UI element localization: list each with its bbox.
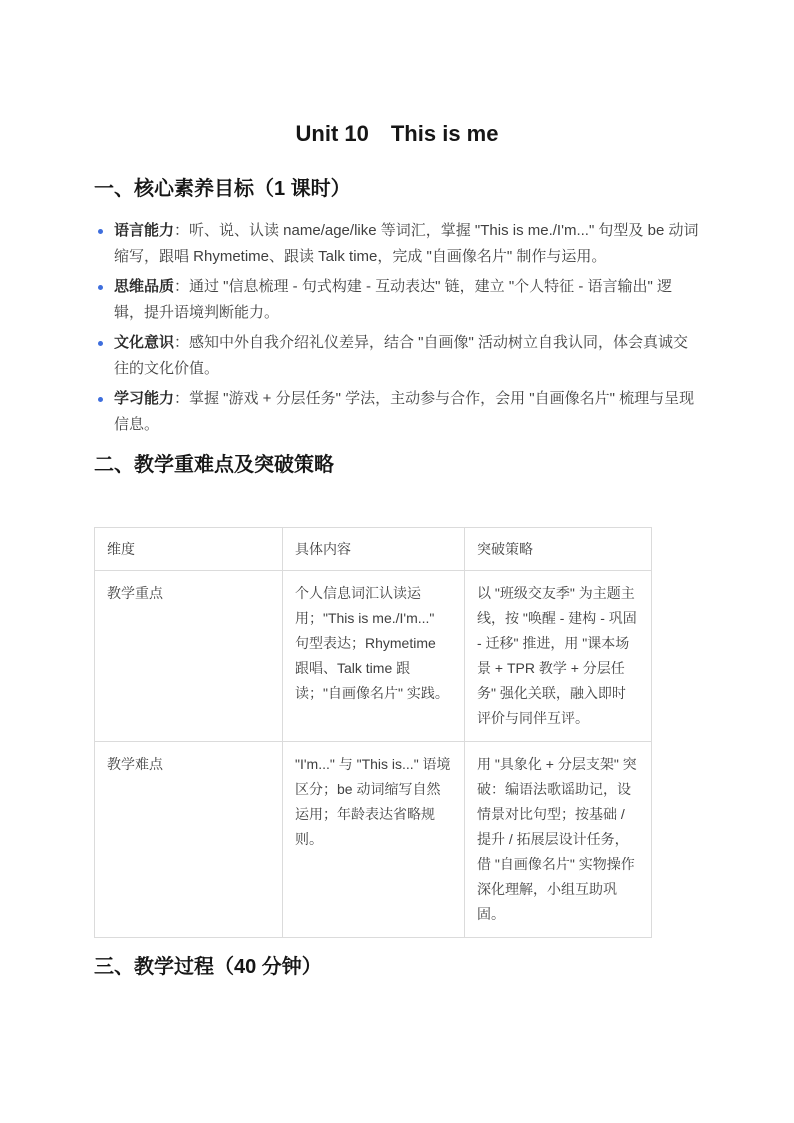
list-item: 语言能力：听、说、认读 name/age/like 等词汇，掌握 "This i… bbox=[94, 218, 700, 270]
list-item: 文化意识：感知中外自我介绍礼仪差异，结合 "自画像" 活动树立自我认同，体会真诚… bbox=[94, 330, 700, 382]
bullet-icon bbox=[98, 229, 103, 234]
cell-dimension: 教学难点 bbox=[95, 742, 283, 938]
section-process-heading: 三、教学过程（40 分钟） bbox=[94, 954, 700, 980]
column-header-dimension: 维度 bbox=[95, 528, 283, 571]
objective-desc: ：通过 "信息梳理 - 句式构建 - 互动表达" 链，建立 "个人特征 - 语言… bbox=[114, 278, 672, 321]
cell-strategy: 以 "班级交友季" 为主题主线，按 "唤醒 - 建构 - 巩固 - 迁移" 推进… bbox=[465, 571, 652, 742]
key-points-table: 维度 具体内容 突破策略 教学重点 个人信息词汇认读运用；"This is me… bbox=[94, 527, 652, 938]
objective-label: 学习能力 bbox=[114, 390, 174, 407]
objective-label: 文化意识 bbox=[114, 334, 174, 351]
section-objectives-heading: 一、核心素养目标（1 课时） bbox=[94, 176, 700, 202]
objective-text: 学习能力：掌握 "游戏 + 分层任务" 学法，主动参与合作，会用 "自画像名片"… bbox=[114, 386, 700, 438]
objective-text: 语言能力：听、说、认读 name/age/like 等词汇，掌握 "This i… bbox=[114, 218, 700, 270]
cell-content: 个人信息词汇认读运用；"This is me./I'm..." 句型表达；Rhy… bbox=[283, 571, 465, 742]
objectives-list: 语言能力：听、说、认读 name/age/like 等词汇，掌握 "This i… bbox=[94, 218, 700, 438]
list-item: 学习能力：掌握 "游戏 + 分层任务" 学法，主动参与合作，会用 "自画像名片"… bbox=[94, 386, 700, 438]
bullet-icon bbox=[98, 397, 103, 402]
document-title: Unit 10 This is me bbox=[94, 120, 700, 148]
table-row: 教学难点 "I'm..." 与 "This is..." 语境区分；be 动词缩… bbox=[95, 742, 652, 938]
objective-desc: ：掌握 "游戏 + 分层任务" 学法，主动参与合作，会用 "自画像名片" 梳理与… bbox=[114, 390, 694, 433]
objective-desc: ：感知中外自我介绍礼仪差异，结合 "自画像" 活动树立自我认同，体会真诚交往的文… bbox=[114, 334, 688, 377]
objective-desc: ：听、说、认读 name/age/like 等词汇，掌握 "This is me… bbox=[114, 222, 698, 265]
cell-strategy: 用 "具象化 + 分层支架" 突破：编语法歌谣助记，设情景对比句型；按基础 / … bbox=[465, 742, 652, 938]
objective-text: 思维品质：通过 "信息梳理 - 句式构建 - 互动表达" 链，建立 "个人特征 … bbox=[114, 274, 700, 326]
column-header-content: 具体内容 bbox=[283, 528, 465, 571]
section-key-points-heading: 二、教学重难点及突破策略 bbox=[94, 452, 700, 478]
objective-label: 思维品质 bbox=[114, 278, 174, 295]
cell-content: "I'm..." 与 "This is..." 语境区分；be 动词缩写自然运用… bbox=[283, 742, 465, 938]
bullet-icon bbox=[98, 341, 103, 346]
list-item: 思维品质：通过 "信息梳理 - 句式构建 - 互动表达" 链，建立 "个人特征 … bbox=[94, 274, 700, 326]
cell-dimension: 教学重点 bbox=[95, 571, 283, 742]
document-page: Unit 10 This is me 一、核心素养目标（1 课时） 语言能力：听… bbox=[0, 0, 794, 1123]
table-header-row: 维度 具体内容 突破策略 bbox=[95, 528, 652, 571]
column-header-strategy: 突破策略 bbox=[465, 528, 652, 571]
bullet-icon bbox=[98, 285, 103, 290]
objective-text: 文化意识：感知中外自我介绍礼仪差异，结合 "自画像" 活动树立自我认同，体会真诚… bbox=[114, 330, 700, 382]
table-row: 教学重点 个人信息词汇认读运用；"This is me./I'm..." 句型表… bbox=[95, 571, 652, 742]
objective-label: 语言能力 bbox=[114, 222, 174, 239]
